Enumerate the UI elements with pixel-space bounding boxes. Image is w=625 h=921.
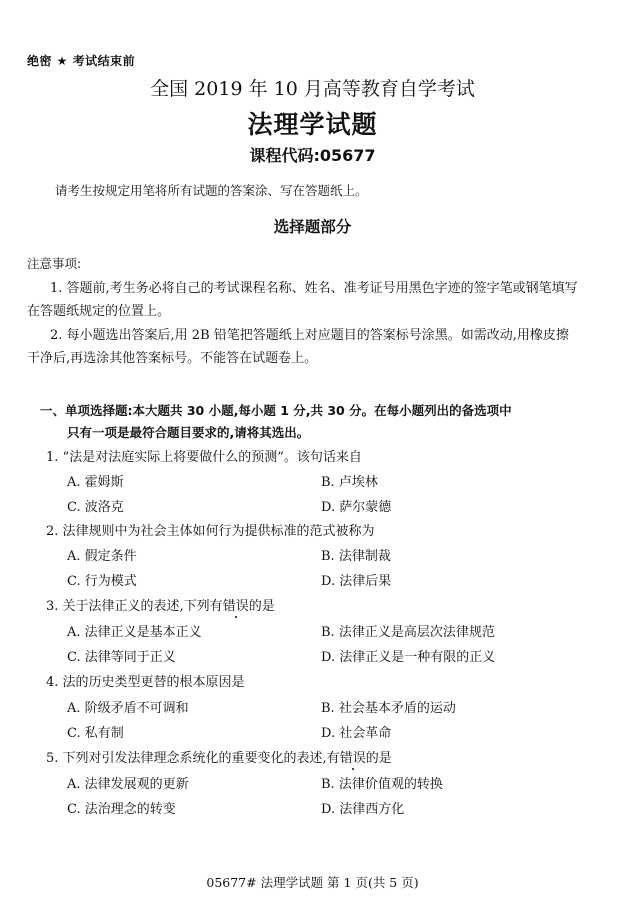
question-1-option-b: B. 卢埃林 bbox=[321, 471, 378, 490]
note-line-1: 1. 答题前,考生务必将自己的考试课程名称、姓名、准考证号用黑色字迹的签字笔或钢… bbox=[50, 277, 578, 296]
emphasized-word: 错误 bbox=[223, 599, 249, 614]
question-3-option-a: A. 法律正义是基本正义 bbox=[67, 621, 202, 640]
question-1-option-a: A. 霍姆斯 bbox=[67, 471, 124, 490]
question-2-option-a: A. 假定条件 bbox=[67, 545, 137, 564]
question-1-option-d: D. 萨尔蒙德 bbox=[321, 496, 391, 515]
question-3-option-d: D. 法律正义是一种有限的正义 bbox=[321, 646, 495, 665]
note-line-2: 在答题纸规定的位置上。 bbox=[27, 300, 170, 319]
confidential-label: 绝密 ★ 考试结束前 bbox=[27, 52, 135, 69]
question-3-option-b: B. 法律正义是高层次法律规范 bbox=[321, 621, 495, 640]
question-4-stem: 4. 法的历史类型更替的根本原因是 bbox=[46, 671, 245, 690]
question-1-option-c: C. 波洛克 bbox=[67, 496, 124, 515]
question-number: 2. bbox=[46, 524, 58, 539]
question-text: 法律规则中为社会主体如何行为提供标准的范式被称为 bbox=[63, 524, 375, 539]
question-2-option-d: D. 法律后果 bbox=[321, 570, 391, 589]
question-text: 关于法律正义的表述,下列有 bbox=[63, 599, 223, 614]
course-code: 课程代码:05677 bbox=[0, 143, 625, 166]
question-4-option-c: C. 私有制 bbox=[67, 722, 124, 741]
question-number: 1. bbox=[46, 450, 58, 465]
notes-heading: 注意事项: bbox=[27, 254, 81, 272]
question-text-end: 的是 bbox=[366, 751, 392, 766]
emphasized-word: 错误 bbox=[340, 751, 366, 766]
question-4-option-b: B. 社会基本矛盾的运动 bbox=[321, 697, 456, 716]
question-number: 3. bbox=[46, 599, 58, 614]
question-5-option-a: A. 法律发展观的更新 bbox=[67, 773, 189, 792]
question-2-option-b: B. 法律制裁 bbox=[321, 545, 391, 564]
question-number: 4. bbox=[46, 675, 58, 690]
question-5-option-c: C. 法治理念的转变 bbox=[67, 798, 176, 817]
question-1-stem: 1. “法是对法庭实际上将要做什么的预测”。该句话来自 bbox=[46, 446, 362, 465]
question-5-stem: 5. 下列对引发法律理念系统化的重要变化的表述,有错误的是 bbox=[46, 747, 392, 766]
part-one-heading-line-1: 一、单项选择题:本大题共 30 小题,每小题 1 分,共 30 分。在每小题列出… bbox=[40, 401, 512, 419]
question-text: 下列对引发法律理念系统化的重要变化的表述,有 bbox=[63, 751, 340, 766]
question-text: 法的历史类型更替的根本原因是 bbox=[63, 675, 245, 690]
question-text-end: 的是 bbox=[249, 599, 275, 614]
question-3-option-c: C. 法律等同于正义 bbox=[67, 646, 176, 665]
exam-title: 全国 2019 年 10 月高等教育自学考试 bbox=[0, 74, 625, 101]
note-line-3: 2. 每小题选出答案后,用 2B 铅笔把答题纸上对应题目的答案标号涂黑。如需改动… bbox=[50, 324, 569, 343]
page-footer: 05677# 法理学试题 第 1 页(共 5 页) bbox=[0, 873, 625, 891]
question-2-stem: 2. 法律规则中为社会主体如何行为提供标准的范式被称为 bbox=[46, 520, 375, 539]
question-2-option-c: C. 行为模式 bbox=[67, 570, 137, 589]
answer-instruction: 请考生按规定用笔将所有试题的答案涂、写在答题纸上。 bbox=[55, 181, 368, 199]
question-number: 5. bbox=[46, 751, 58, 766]
question-5-option-b: B. 法律价值观的转换 bbox=[321, 773, 443, 792]
note-line-4: 干净后,再选涂其他答案标号。不能答在试题卷上。 bbox=[27, 347, 317, 366]
question-4-option-d: D. 社会革命 bbox=[321, 722, 391, 741]
question-5-option-d: D. 法律西方化 bbox=[321, 798, 404, 817]
question-text: “法是对法庭实际上将要做什么的预测”。该句话来自 bbox=[63, 450, 362, 465]
question-4-option-a: A. 阶级矛盾不可调和 bbox=[67, 697, 189, 716]
question-3-stem: 3. 关于法律正义的表述,下列有错误的是 bbox=[46, 595, 275, 614]
part-one-heading-line-2: 只有一项是最符合题目要求的,请将其选出。 bbox=[67, 423, 309, 441]
section-title: 选择题部分 bbox=[0, 215, 625, 237]
subject-title: 法理学试题 bbox=[0, 105, 625, 141]
